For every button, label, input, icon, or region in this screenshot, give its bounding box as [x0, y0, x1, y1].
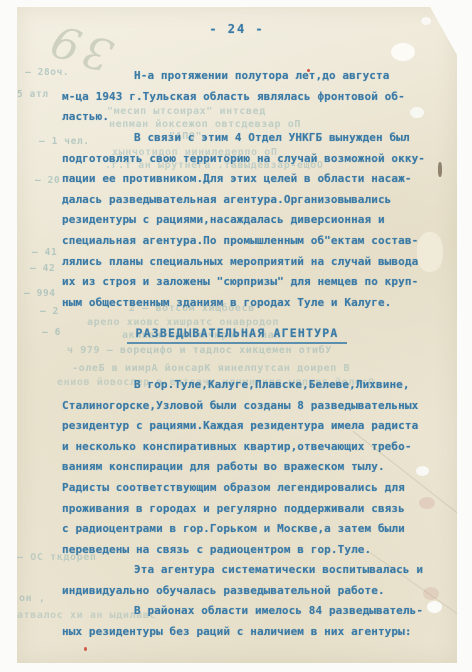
paragraph-3: В гор.Туле,Калуге,Плавске,Белеве,Лихвине…: [62, 375, 432, 560]
document-page: – 28оч.5 атл"месип ытсоирах" интсведнепм…: [17, 7, 457, 663]
paragraph-1: Н-а протяжении полутора лет,до августа м…: [62, 66, 432, 128]
scanned-document-canvas: – 28оч.5 атл"месип ытсоирах" интсведнепм…: [0, 0, 472, 672]
bleed-fragment: – 41: [32, 247, 57, 258]
paragraph-2: В связи с этим 4 Отдел УНКГБ вынужден бы…: [62, 128, 432, 313]
bleed-fragment: – 2: [40, 306, 59, 317]
paragraph-4: Эта агентура систематически воспитывалас…: [62, 560, 432, 601]
page-number: - 24 -: [17, 22, 457, 36]
bleed-fragment: ч 979 – ворецифо и тадлос хикцемен отибУ: [67, 345, 332, 356]
bleed-fragment: -олеБ в иимрА йонсарК яинелпутсан доиреп…: [72, 363, 350, 374]
bleed-fragment: он ,: [19, 593, 45, 604]
stain: [84, 647, 87, 651]
bleed-fragment: – 42: [30, 263, 55, 274]
bleed-fragment: 5 атл: [17, 89, 49, 100]
stain: [438, 162, 442, 177]
paragraph-5: В районах области имелось 84 разведывате…: [62, 601, 432, 642]
section-heading: РАЗВЕДЫВАТЕЛЬНАЯ АГЕНТУРА: [17, 326, 457, 344]
bleed-fragment: – 994: [24, 288, 56, 299]
section-heading-text: РАЗВЕДЫВАТЕЛЬНАЯ АГЕНТУРА: [127, 326, 346, 344]
stain: [391, 43, 415, 61]
